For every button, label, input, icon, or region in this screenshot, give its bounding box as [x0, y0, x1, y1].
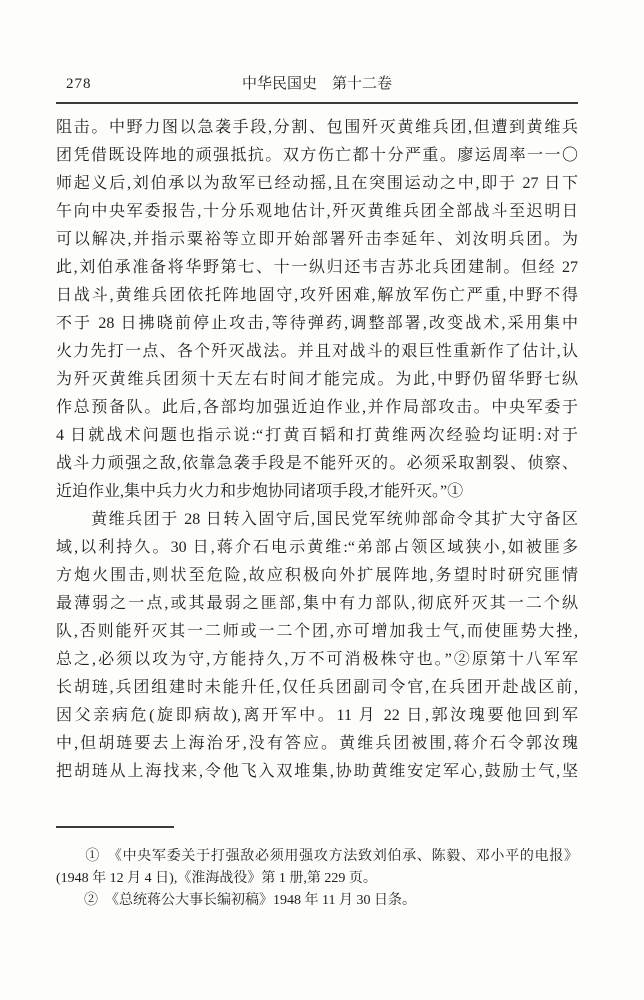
book-title: 中华民国史 第十二卷 [56, 74, 578, 94]
text-line: 队,否则能歼灭其一二师或一二个团,亦可增加我士气,而使匪势大挫, [56, 618, 578, 646]
text-line: 总之,必须以攻为守,方能持久,万不可消极株守也。”②原第十八军军 [56, 646, 578, 674]
text-line: 日战斗,黄维兵团依托阵地固守,攻歼困难,解放军伤亡严重,中野不得 [56, 282, 578, 310]
text-line: 可以解决,并指示粟裕等立即开始部署歼击李延年、刘汝明兵团。为 [56, 226, 578, 254]
text-line: 午向中央军委报告,十分乐观地估计,歼灭黄维兵团全部战斗至迟明日 [56, 198, 578, 226]
book-page: 278 中华民国史 第十二卷 阻击。中野力图以急袭手段,分割、包围歼灭黄维兵团,… [0, 0, 644, 1000]
text-line: 阻击。中野力图以急袭手段,分割、包围歼灭黄维兵团,但遭到黄维兵 [56, 114, 578, 142]
text-line: 团凭借既设阵地的顽强抵抗。双方伤亡都十分严重。廖运周率一一〇 [56, 142, 578, 170]
text-line: 黄维兵团于 28 日转入固守后,国民党军统帅部命令其扩大守备区 [56, 506, 578, 534]
footnote-line: ① 《中央军委关于打强敌必须用强攻方法致刘伯承、陈毅、邓小平的电报》 [56, 846, 578, 868]
footnotes: ① 《中央军委关于打强敌必须用强攻方法致刘伯承、陈毅、邓小平的电报》 (1948… [56, 846, 578, 912]
footnote-divider [56, 826, 174, 828]
text-line: 战斗力顽强之敌,依靠急袭手段是不能歼灭的。必须采取割裂、侦察、 [56, 450, 578, 478]
text-line: 作总预备队。此后,各部均加强近迫作业,并作局部攻击。中央军委于 [56, 394, 578, 422]
footnote-line: ② 《总统蒋公大事长编初稿》1948 年 11 月 30 日条。 [56, 890, 578, 912]
text-line: 域,以利持久。30 日,蒋介石电示黄维:“弟部占领区域狭小,如被匪多 [56, 534, 578, 562]
text-line: 方炮火围击,则状至危险,故应积极向外扩展阵地,务望时时研究匪情 [56, 562, 578, 590]
page-header: 278 中华民国史 第十二卷 [56, 74, 578, 94]
text-line: 最薄弱之一点,或其最弱之匪部,集中有力部队,彻底歼灭其一二个纵 [56, 590, 578, 618]
text-line: 火力先打一点、各个歼灭战法。并且对战斗的艰巨性重新作了估计,认 [56, 338, 578, 366]
text-line: 近迫作业,集中兵力火力和步炮协同诸项手段,才能歼灭。”① [56, 478, 578, 506]
text-line: 不于 28 日拂晓前停止攻击,等待弹药,调整部署,改变战术,采用集中 [56, 310, 578, 338]
text-line: 4 日就战术问题也指示说:“打黄百韬和打黄维两次经验均证明:对于 [56, 422, 578, 450]
text-line: 因父亲病危(旋即病故),离开军中。11 月 22 日,郭汝瑰要他回到军 [56, 702, 578, 730]
footnote-line: (1948 年 12 月 4 日),《淮海战役》第 1 册,第 229 页。 [56, 868, 578, 890]
text-line: 中,但胡琏要去上海治牙,没有答应。黄维兵团被围,蒋介石令郭汝瑰 [56, 730, 578, 758]
text-line: 为歼灭黄维兵团须十天左右时间才能完成。为此,中野仍留华野七纵 [56, 366, 578, 394]
header-rule [56, 102, 578, 104]
text-line: 把胡琏从上海找来,令他飞入双堆集,协助黄维安定军心,鼓励士气,坚 [56, 758, 578, 786]
text-line: 长胡琏,兵团组建时未能升任,仅任兵团副司令官,在兵团开赴战区前, [56, 674, 578, 702]
text-line: 师起义后,刘伯承以为敌军已经动摇,且在突围运动之中,即于 27 日下 [56, 170, 578, 198]
text-line: 此,刘伯承准备将华野第七、十一纵归还韦吉苏北兵团建制。但经 27 [56, 254, 578, 282]
body-text: 阻击。中野力图以急袭手段,分割、包围歼灭黄维兵团,但遭到黄维兵 团凭借既设阵地的… [56, 114, 578, 786]
